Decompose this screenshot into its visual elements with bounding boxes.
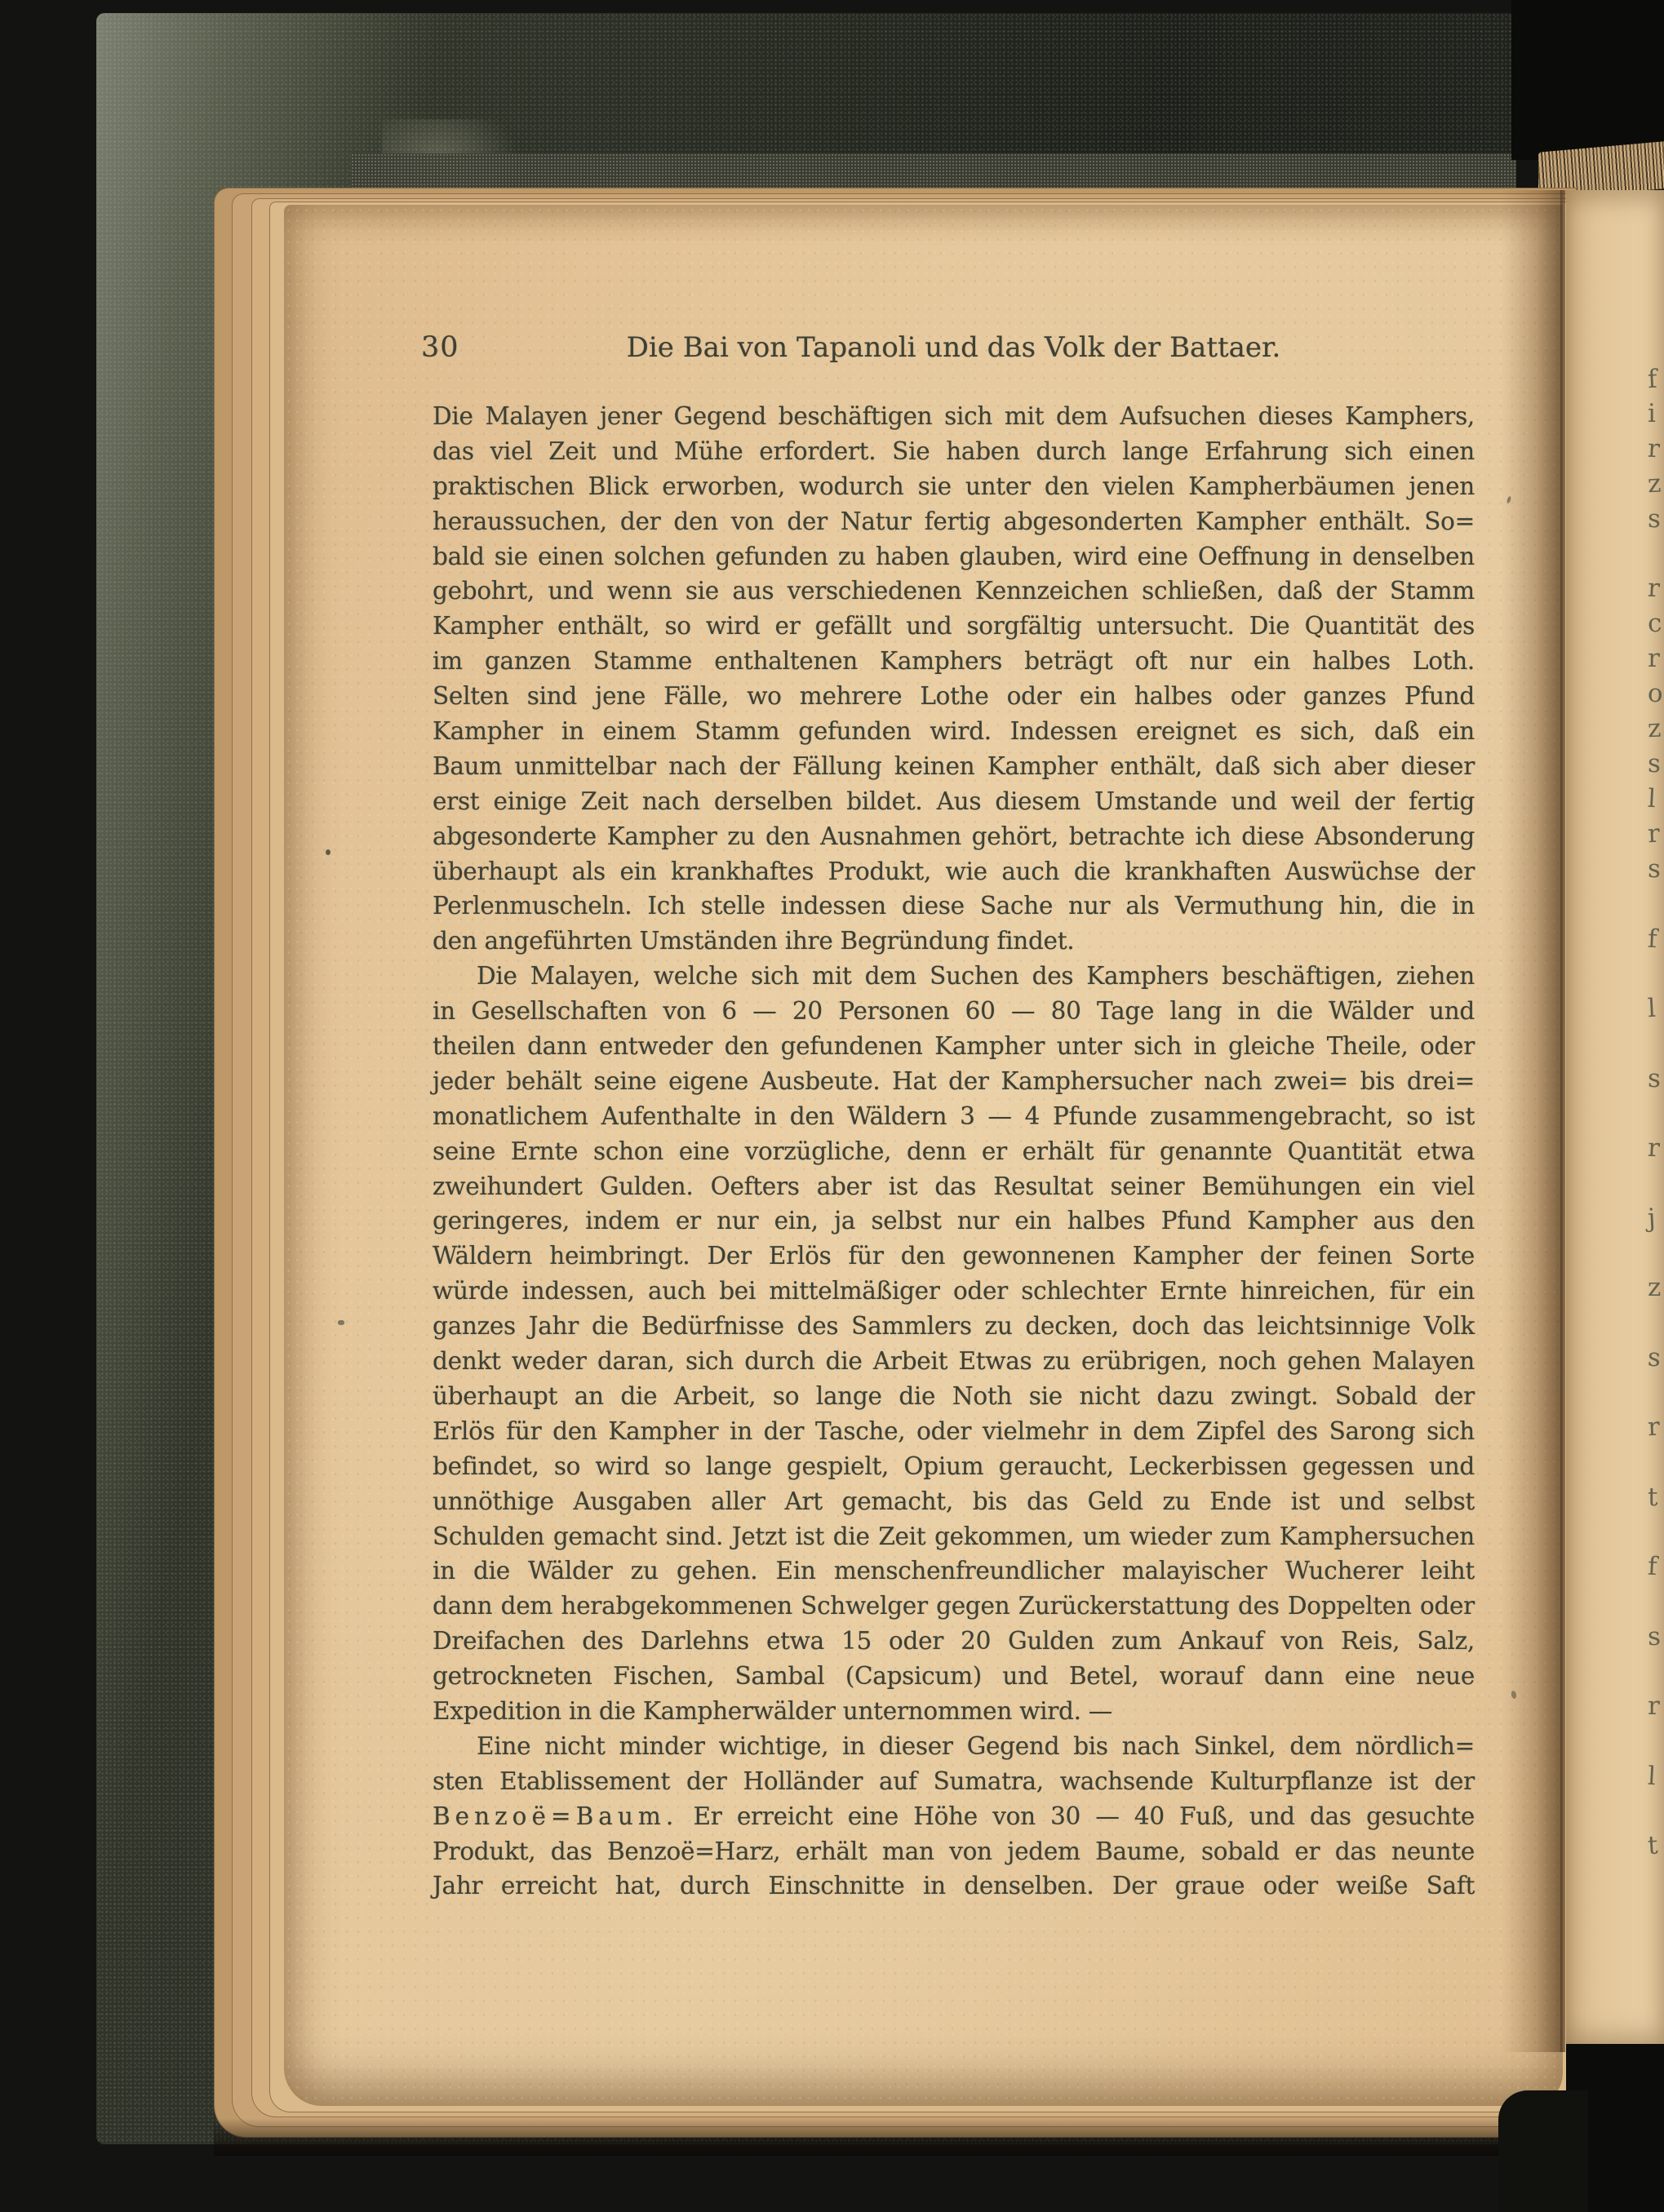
text-line-41: Benzoë=Baum. Er erreicht eine Höhe von 3… [433,1799,1475,1834]
text-line-3: praktischen Blick erworben, wodurch sie … [433,469,1475,504]
facing-page-text-fragment: l [1647,784,1657,813]
facing-page-text-fragment: r [1647,819,1661,849]
facing-page-text-fragment: s [1648,504,1661,534]
page-header: 30 Die Bai von Tapanoli und das Volk der… [433,331,1475,370]
text-line-19: theilen dann entweder den gefundenen Kam… [433,1029,1475,1064]
text-line-38: Expedition in die Kampherwälder unternom… [433,1694,1475,1729]
text-line-31: befindet, so wird so lange gespielt, Opi… [433,1449,1475,1484]
background-shadow-bottom-corner [1498,2090,1588,2212]
facing-page-text-fragment: z [1647,469,1662,499]
text-line-12: erst einige Zeit nach derselben bildet. … [433,784,1475,819]
text-line-16: den angeführten Umständen ihre Begründun… [433,924,1475,959]
text-line-8: im ganzen Stamme enthaltenen Kamphers be… [433,644,1475,679]
text-line-36: Dreifachen des Darlehns etwa 15 oder 20 … [433,1624,1475,1659]
facing-page-text-fragment: o [1647,679,1664,709]
facing-page-text-fragment: r [1647,574,1661,604]
facing-page-text-fragment: i [1648,399,1656,428]
facing-page-text-fragment: r [1648,644,1660,673]
emphasized-word: Benzoë=Baum. [433,1802,678,1830]
text-line-17: Die Malayen, welche sich mit dem Suchen … [433,959,1475,994]
facing-page-text-fragment: z [1648,1273,1661,1302]
text-line-26: würde indessen, auch bei mittelmäßiger o… [433,1274,1475,1309]
text-line-11: Baum unmittelbar nach der Fällung keinen… [433,749,1475,784]
text-line-28: denkt weder daran, sich durch die Arbeit… [433,1344,1475,1379]
text-line-27: ganzes Jahr die Bedürfnisse des Sammlers… [433,1309,1475,1344]
gutter-shadow [1502,190,1565,2052]
facing-page-text-fragment: t [1647,1831,1658,1861]
text-line-33: Schulden gemacht sind. Jetzt ist die Zei… [433,1519,1475,1554]
text-line-5: bald sie einen solchen gefunden zu haben… [433,539,1475,574]
text-line-21: monatlichem Aufenthalte in den Wäldern 3… [433,1099,1475,1134]
facing-page-text-fragment: s [1648,1064,1661,1093]
text-line-2: das viel Zeit und Mühe erfordert. Sie ha… [433,434,1475,469]
text-line-43: Jahr erreicht hat, durch Einschnitte in … [433,1868,1475,1904]
text-line-37: getrockneten Fischen, Sambal (Capsicum) … [433,1659,1475,1694]
facing-page-text-fragment: s [1647,1622,1662,1652]
text-line-18: in Gesellschaften von 6 — 20 Personen 60… [433,994,1475,1029]
facing-page-text-fragment: f [1647,924,1657,955]
text-line-42: Produkt, das Benzoë=Harz, erhält man von… [433,1834,1475,1869]
text-line-39: Eine nicht minder wichtige, in dieser Ge… [433,1729,1475,1764]
facing-page-text-fragment: t [1648,1483,1657,1512]
facing-page-text-fragment: s [1648,749,1661,778]
facing-page-text-fragment: f [1647,365,1657,395]
text-line-40: sten Etablissement der Holländer auf Sum… [433,1764,1475,1799]
text-line-14: überhaupt als ein krankhaftes Produkt, w… [433,854,1475,889]
running-head-title: Die Bai von Tapanoli und das Volk der Ba… [433,331,1475,364]
facing-page-text-fragment: s [1647,1343,1662,1373]
facing-page-text-fragment: j [1647,1204,1656,1233]
ink-speck [326,849,331,855]
text-line-6: gebohrt, und wenn sie aus verschiedenen … [433,574,1475,609]
text-line-7: Kampher enthält, so wird er gefällt und … [433,609,1475,644]
text-line-10: Kampher in einem Stamm gefunden wird. In… [433,714,1475,749]
text-line-23: zweihundert Gulden. Oefters aber ist das… [433,1169,1475,1204]
facing-page-text-fragment: r [1647,434,1661,464]
body-text-block: Die Malayen jener Gegend beschäftigen si… [433,399,1475,1904]
text-line-25: Wäldern heimbringt. Der Erlös für den ge… [433,1239,1475,1274]
facing-page-text-fragment: r [1647,1412,1661,1443]
facing-page-text-fragment: r [1648,1691,1660,1721]
facing-page-text-fragment: s [1648,854,1661,884]
text-line-20: jeder behält seine eigene Ausbeute. Hat … [433,1064,1475,1099]
text-line-32: unnöthige Ausgaben aller Art gemacht, bi… [433,1484,1475,1519]
ink-speck [338,1320,344,1325]
facing-page-text-fragment: f [1647,1552,1657,1582]
text-line-22: seine Ernte schon eine vorzügliche, denn… [433,1134,1475,1169]
text-line-13: abgesonderte Kampher zu den Ausnahmen ge… [433,819,1475,854]
facing-page-text-fragment: l [1647,994,1657,1023]
facing-page-text-fragment: c [1647,609,1662,639]
text-line-29: überhaupt an die Arbeit, so lange die No… [433,1379,1475,1414]
text-line-9: Selten sind jene Fälle, wo mehrere Lothe… [433,679,1475,714]
background-shadow-top-right [1511,0,1664,160]
facing-page-text-fragment: z [1647,714,1662,744]
page-bottom-shadow [214,2118,1520,2156]
text-line-4: heraussuchen, der den von der Natur fert… [433,504,1475,539]
facing-page-text-fragment: r [1647,1133,1661,1164]
facing-page-sliver: firzsrcrozslrsflsrjzsrtfsrlt [1566,190,1664,2052]
text-line-34: in die Wälder zu gehen. Ein menschenfreu… [433,1554,1475,1589]
text-line-24: geringeres, indem er nur ein, ja selbst … [433,1204,1475,1239]
text-line-35: dann dem herabgekommenen Schwelger gegen… [433,1589,1475,1624]
text-line-15: Perlenmuscheln. Ich stelle indessen dies… [433,889,1475,924]
facing-page-text-fragment: l [1647,1762,1657,1791]
text-line-1: Die Malayen jener Gegend beschäftigen si… [433,399,1475,434]
text-line-30: Erlös für den Kampher in der Tasche, ode… [433,1414,1475,1449]
book-scan: { "page": { "number": "30", "header_titl… [0,0,1664,2212]
